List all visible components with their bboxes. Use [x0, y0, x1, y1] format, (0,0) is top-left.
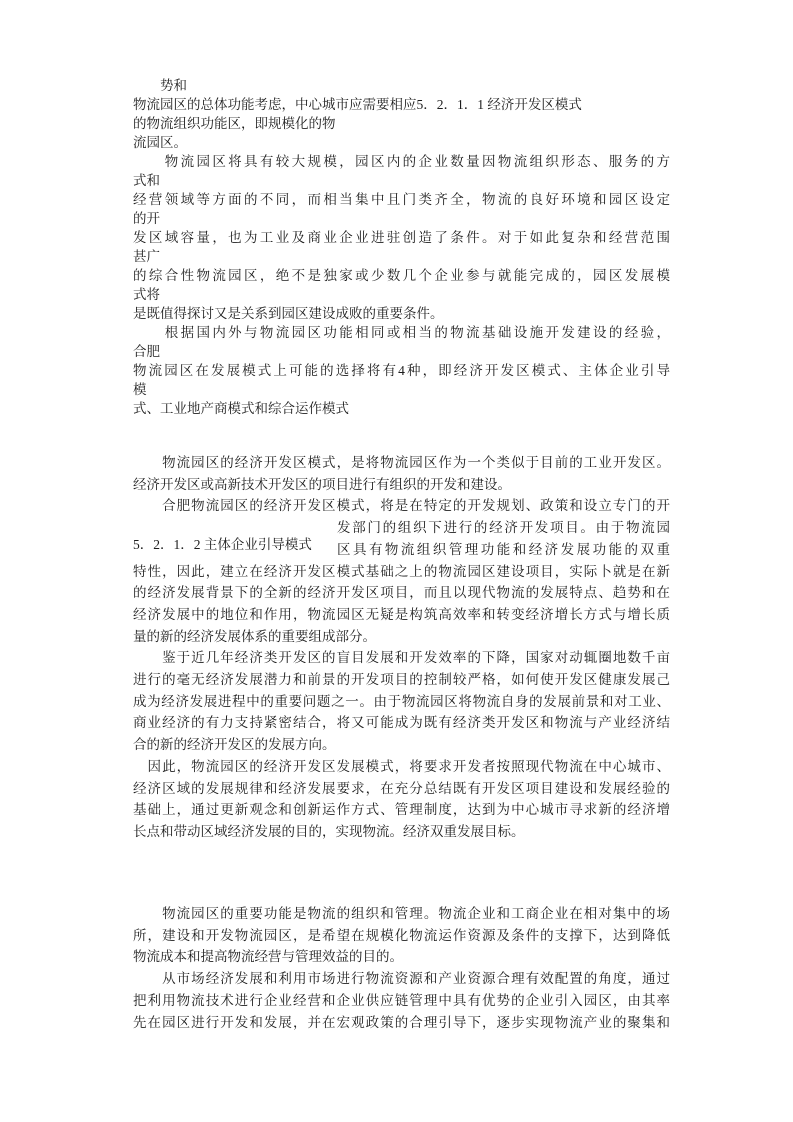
text-line: 物流园区的总体功能考虑，中心城市应需要相应5．2．1．1 经济开发区模式	[133, 95, 670, 114]
text-line: 是既值得探讨又是关系到园区建设成败的重要条件。	[133, 304, 670, 323]
text-line: 合肥	[133, 342, 670, 361]
text-line: 经营领域等方面的不同，而相当集中且门类齐全，物流的良好环境和园区设定	[133, 190, 670, 209]
document-page: 势和物流园区的总体功能考虑，中心城市应需要相应5．2．1．1 经济开发区模式的物…	[0, 0, 793, 1122]
text-line: 的经济发展背景下的全新的经济开发区项目，而且以现代物流的发展特点、趋势和在	[133, 582, 670, 604]
text-line: 物流园区的重要功能是物流的组织和管理。物流企业和工商企业在相对集中的场	[133, 903, 670, 925]
paragraph-block-after-heading: 特性，因此，建立在经济开发区模式基础之上的物流园区建设项目，实际卜就是在新的经济…	[133, 561, 670, 843]
text-line: 先在园区进行开发和发展，并在宏观政策的合理引导下，逐步实现物流产业的聚集和	[133, 1012, 670, 1034]
text-line: 因此，物流园区的经济开发区发展模式，将要求开发者按照现代物流在中心城市、	[133, 756, 670, 778]
text-line: 发部门的组织下进行的经济开发项目。由于物流园	[337, 517, 670, 539]
text-line: 物流园区将具有较大规模，园区内的企业数量因物流组织形态、服务的方	[133, 152, 670, 171]
text-line: 式将	[133, 285, 670, 304]
text-line: 鉴于近几年经济类开发区的盲目发展和开发效率的下降，国家对动辄圈地数千亩	[133, 647, 670, 669]
text-line: 所，建设和开发物流园区，是希望在规模化物流运作资源及条件的支撑下，达到降低	[133, 925, 670, 947]
text-line: 流园区。	[133, 133, 670, 152]
text-line: 发区域容量，也为工业及商业企业进驻创造了条件。对于如此复杂和经营范围	[133, 228, 670, 247]
text-line: 特性，因此，建立在经济开发区模式基础之上的物流园区建设项目，实际卜就是在新	[133, 561, 670, 583]
text-line: 把利用物流技术进行企业经营和企业供应链管理中具有优势的企业引入园区，由其率	[133, 990, 670, 1012]
section-development-modes-intro: 势和物流园区的总体功能考虑，中心城市应需要相应5．2．1．1 经济开发区模式的物…	[133, 76, 670, 418]
text-line: 长点和带动区域经济发展的目的，实现物流。经济双重发展目标。	[133, 821, 670, 843]
heading-wrap-row: 5．2．1．2 主体企业引导模式 发部门的组织下进行的经济开发项目。由于物流园区…	[133, 517, 670, 560]
text-line: 物流园区在发展模式上可能的选择将有4种，即经济开发区模式、主体企业引导	[133, 361, 670, 380]
text-line: 模	[133, 380, 670, 399]
text-line: 物流成本和提高物流经营与管理效益的目的。	[133, 946, 670, 968]
text-line: 物流园区的经济开发区模式，是将物流园区作为一个类似于目前的工业开发区。	[133, 452, 670, 474]
text-line: 的开	[133, 209, 670, 228]
text-line: 甚广	[133, 247, 670, 266]
text-line: 量的新的经济发展体系的重要组成部分。	[133, 626, 670, 648]
text-line: 式和	[133, 171, 670, 190]
text-line: 经济开发区或高新技术开发区的项目进行有组织的开发和建设。	[133, 474, 670, 496]
section-logistics-park-functions: 物流园区的重要功能是物流的组织和管理。物流企业和工商企业在相对集中的场所，建设和…	[133, 903, 670, 1033]
heading-cell: 5．2．1．2 主体企业引导模式	[133, 534, 337, 561]
text-line: 从市场经济发展和利用市场进行物流资源和产业资源合理有效配置的角度，通过	[133, 968, 670, 990]
text-line: 合的新的经济开发区的发展方向。	[133, 734, 670, 756]
text-line: 经济区域的发展规律和经济发展要求，在充分总结既有开发区项目建设和发展经验的	[133, 778, 670, 800]
text-line: 成为经济发展进程中的重要问题之一。由于物流园区将物流自身的发展前景和对工业、	[133, 691, 670, 713]
text-line: 商业经济的有力支持紧密结合，将又可能成为既有经济类开发区和物流与产业经济结	[133, 712, 670, 734]
text-line: 势和	[133, 76, 670, 95]
text-line: 式、工业地产商模式和综合运作模式	[133, 399, 670, 418]
wrapped-text-column: 发部门的组织下进行的经济开发项目。由于物流园区具有物流组织管理功能和经济发展功能…	[337, 517, 670, 560]
text-line: 的物流组织功能区，即规模化的物	[133, 114, 670, 133]
text-line: 的综合性物流园区，绝不是独家或少数几个企业参与就能完成的，园区发展模	[133, 266, 670, 285]
text-line: 基础上，通过更新观念和创新运作方式、管理制度，达到为中心城市寻求新的经济增	[133, 799, 670, 821]
text-line: 根据国内外与物流园区功能相同或相当的物流基础设施开发建设的经验，	[133, 323, 670, 342]
text-line: 进行的毫无经济发展潜力和前景的开发项目的控制较严格，如何使开发区健康发展己	[133, 669, 670, 691]
text-line: 合肥物流园区的经济开发区模式，将是在特定的开发规划、政策和设立专门的开	[133, 495, 670, 517]
subsection-heading-5-2-1-2: 5．2．1．2 主体企业引导模式	[133, 534, 337, 556]
paragraph-block-before-heading: 物流园区的经济开发区模式，是将物流园区作为一个类似于目前的工业开发区。经济开发区…	[133, 452, 670, 517]
section-economic-development-zone-mode: 物流园区的经济开发区模式，是将物流园区作为一个类似于目前的工业开发区。经济开发区…	[133, 452, 670, 843]
text-line: 经济发展中的地位和作用，物流园区无疑是构筑高效率和转变经济增长方式与增长质	[133, 604, 670, 626]
text-line: 区具有物流组织管理功能和经济发展功能的双重	[337, 539, 670, 561]
